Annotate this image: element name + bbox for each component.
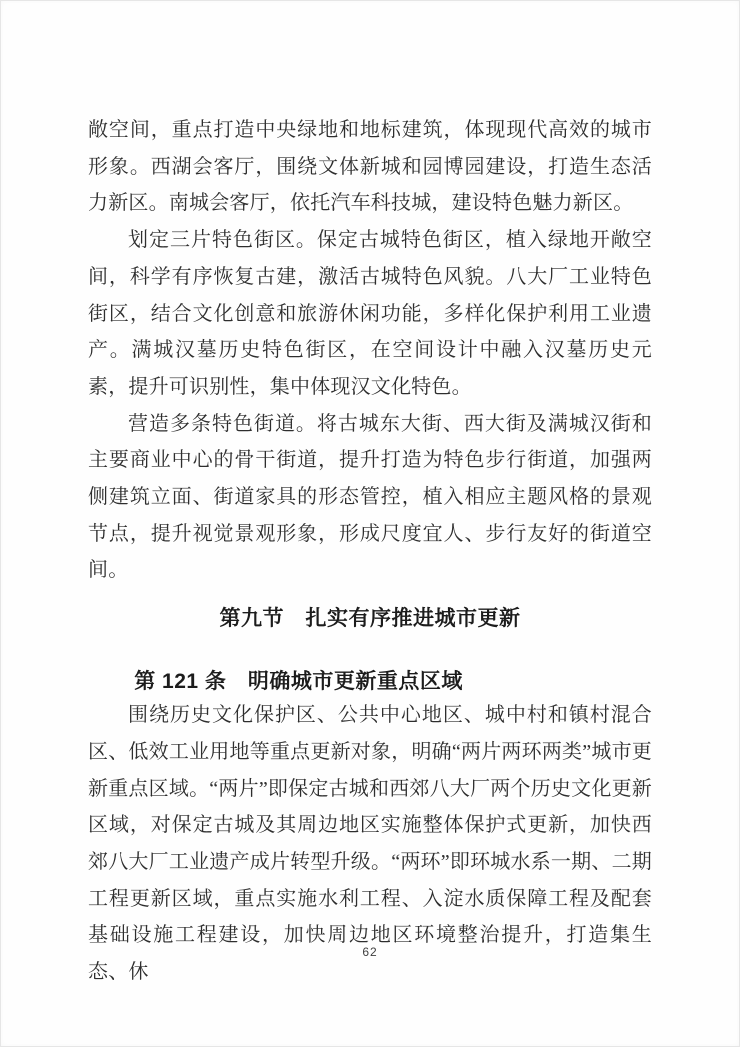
- paragraph-continuation: 敞空间，重点打造中央绿地和地标建筑，体现现代高效的城市形象。西湖会客厅，围绕文体…: [88, 112, 652, 222]
- text-block: 敞空间，重点打造中央绿地和地标建筑，体现现代高效的城市形象。西湖会客厅，围绕文体…: [88, 112, 652, 991]
- page-number: 62: [0, 945, 740, 959]
- section-heading: 第九节 扎实有序推进城市更新: [88, 604, 652, 634]
- article-heading: 第 121 条 明确城市更新重点区域: [88, 667, 652, 697]
- document-page: 敞空间，重点打造中央绿地和地标建筑，体现现代高效的城市形象。西湖会客厅，围绕文体…: [0, 0, 740, 1047]
- paragraph-special-districts: 划定三片特色街区。保定古城特色街区，植入绿地开敞空间，科学有序恢复古建，激活古城…: [88, 222, 652, 406]
- paragraph-special-streets: 营造多条特色街道。将古城东大街、西大街及满城汉街和主要商业中心的骨干街道，提升打…: [88, 406, 652, 590]
